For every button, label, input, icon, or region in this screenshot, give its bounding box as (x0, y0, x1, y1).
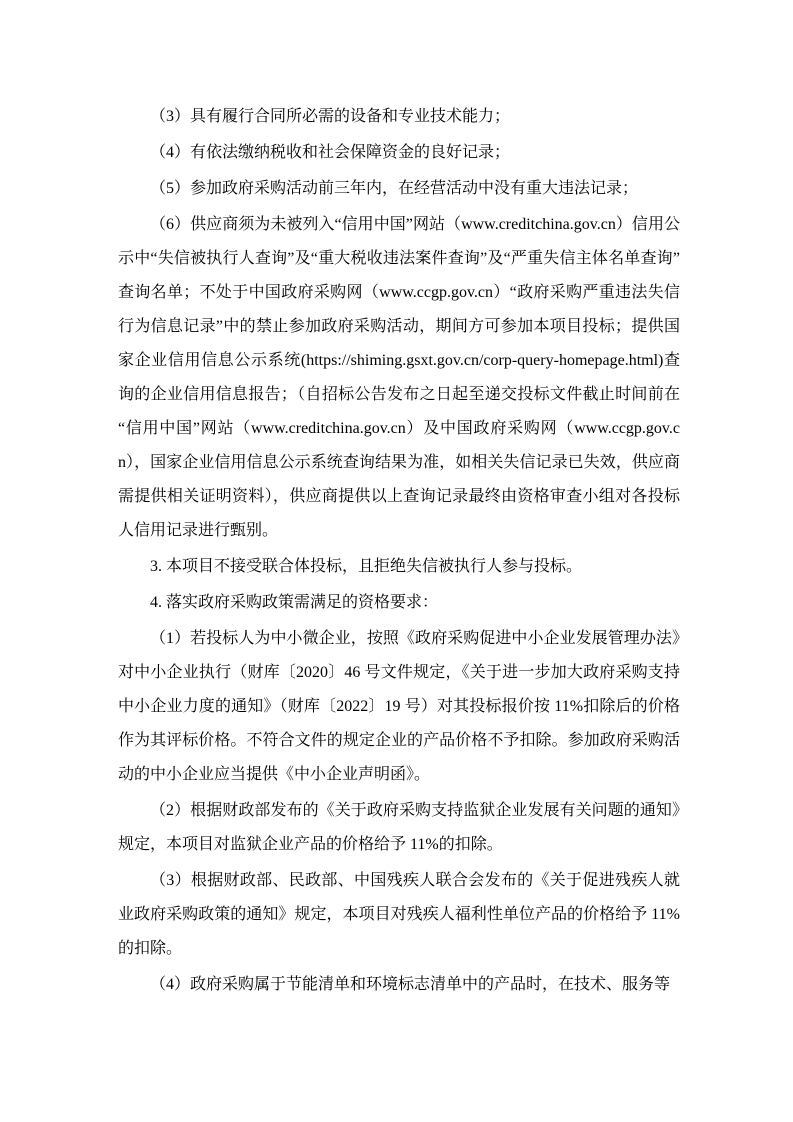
document-page: （3）具有履行合同所必需的设备和专业技术能力； （4）有依法缴纳税收和社会保障资… (0, 0, 793, 1122)
document-body: （3）具有履行合同所必需的设备和专业技术能力； （4）有依法缴纳税收和社会保障资… (118, 100, 680, 1004)
para-sub3-disabled-welfare-deduction: （3）根据财政部、民政部、中国残疾人联合会发布的《关于促进残疾人就业政府采购政策… (118, 864, 680, 966)
para-item4-policy-qualification: 4. 落实政府采购政策需满足的资格要求： (118, 586, 680, 620)
para-clause5-no-major-violation: （5）参加政府采购活动前三年内，在经营活动中没有重大违法记录； (118, 172, 680, 206)
para-sub2-prison-enterprise-deduction: （2）根据财政部发布的《关于政府采购支持监狱企业发展有关问题的通知》规定，本项目… (118, 794, 680, 862)
para-item3-no-consortium-bidding: 3. 本项目不接受联合体投标，且拒绝失信被执行人参与投标。 (118, 550, 680, 584)
para-clause6-credit-record-check: （6）供应商须为未被列入“信用中国”网站（www.creditchina.gov… (118, 208, 680, 548)
para-sub1-sme-price-deduction: （1）若投标人为中小微企业，按照《政府采购促进中小企业发展管理办法》对中小企业执… (118, 622, 680, 792)
para-clause3-equipment-capability: （3）具有履行合同所必需的设备和专业技术能力； (118, 100, 680, 134)
para-clause4-tax-social-security: （4）有依法缴纳税收和社会保障资金的良好记录； (118, 136, 680, 170)
para-sub4-energy-saving-list: （4）政府采购属于节能清单和环境标志清单中的产品时，在技术、服务等 (118, 968, 680, 1002)
